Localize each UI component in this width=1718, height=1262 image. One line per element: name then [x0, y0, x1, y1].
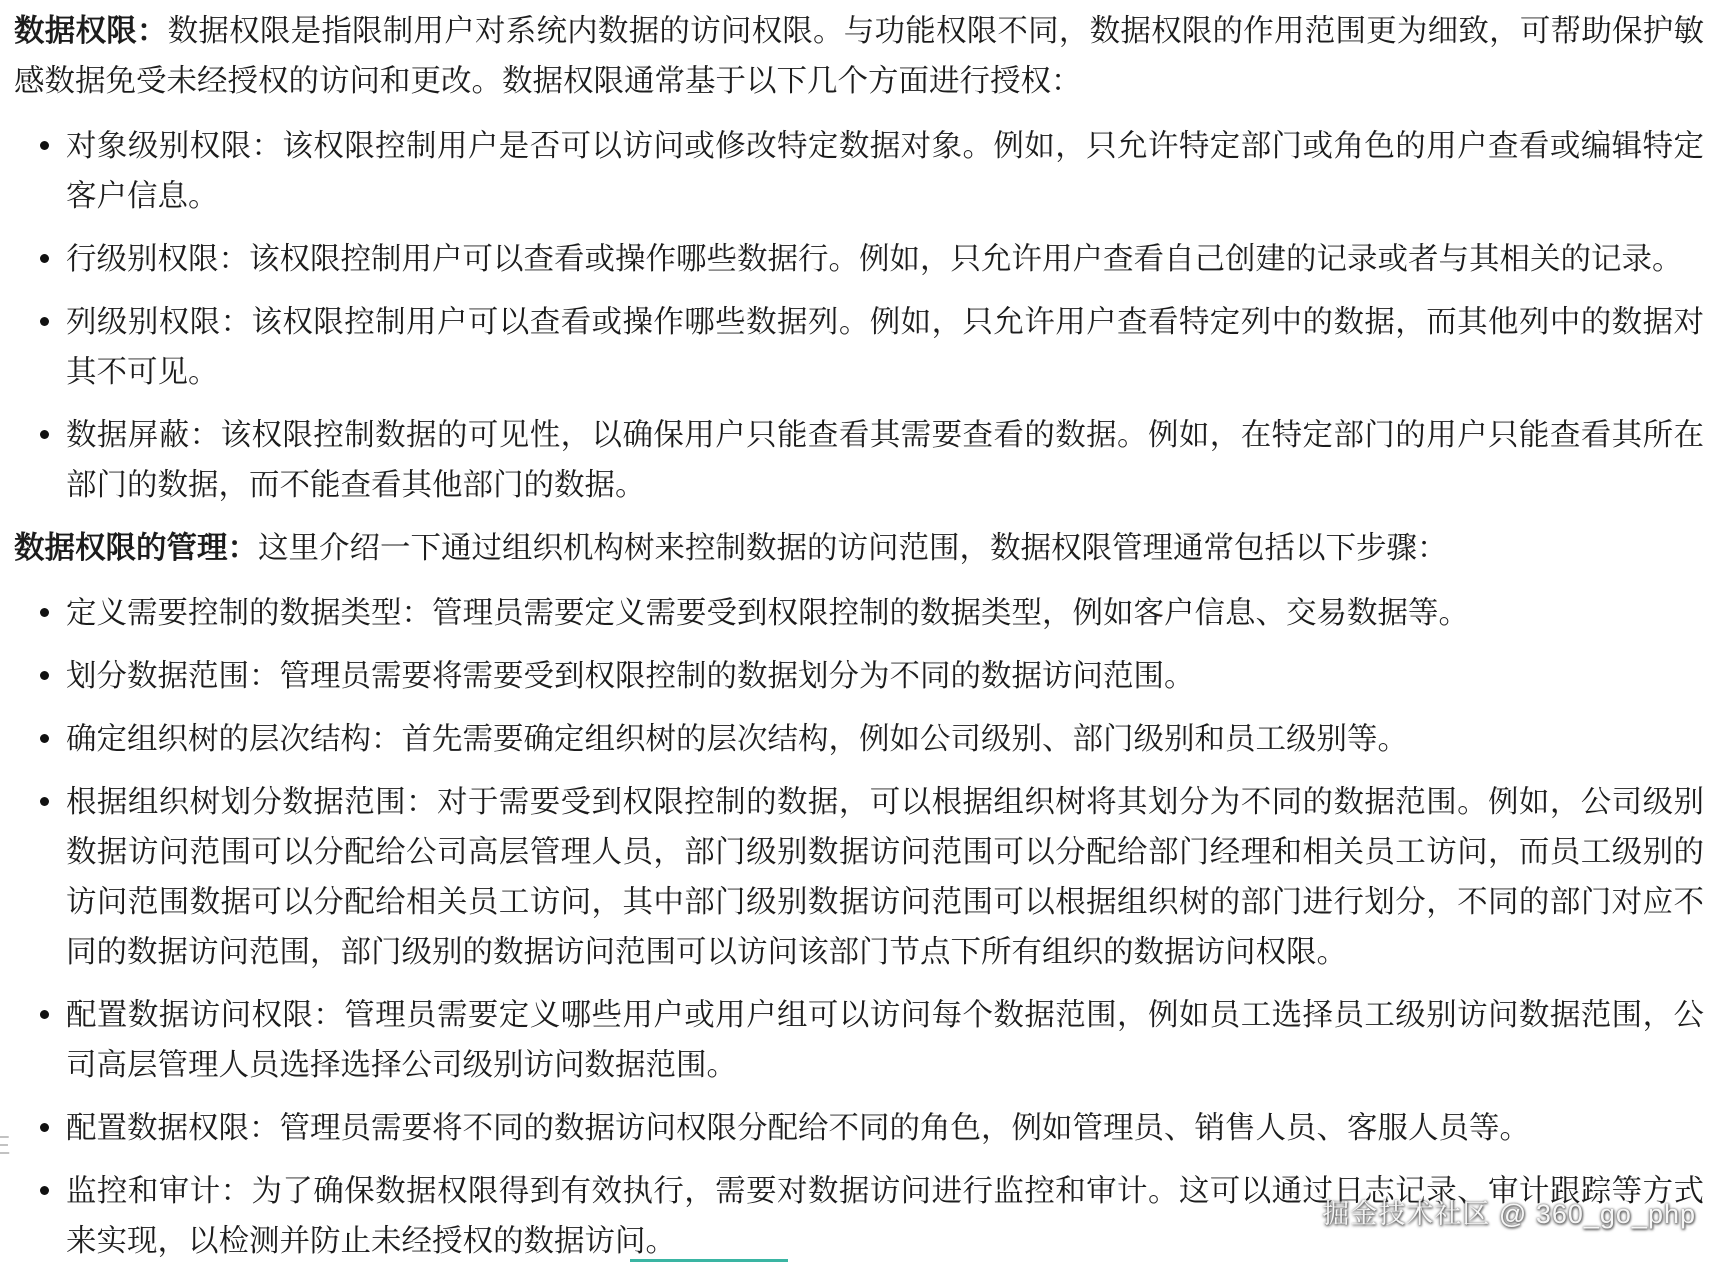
document-page: { "page": { "background": "#ffffff", "te…	[0, 0, 1718, 1262]
edge-artifact-icon: E	[0, 1131, 11, 1159]
section-data-permission-management: 数据权限的管理：这里介绍一下通过组织机构树来控制数据的访问范围，数据权限管理通常…	[14, 523, 1704, 1262]
list-item-define-data-types: 定义需要控制的数据类型：管理员需要定义需要受到权限控制的数据类型，例如客户信息、…	[66, 588, 1704, 638]
paragraph-data-permission: 数据权限：数据权限是指限制用户对系统内数据的访问权限。与功能权限不同，数据权限的…	[14, 6, 1704, 106]
list-item-configure-access: 配置数据访问权限：管理员需要定义哪些用户或用户组可以访问每个数据范围，例如员工选…	[66, 990, 1704, 1090]
section-intro-management: 这里介绍一下通过组织机构树来控制数据的访问范围，数据权限管理通常包括以下步骤：	[258, 531, 1448, 565]
section-data-permission: 数据权限：数据权限是指限制用户对系统内数据的访问权限。与功能权限不同，数据权限的…	[14, 6, 1704, 510]
section-intro-data-permission: 数据权限是指限制用户对系统内数据的访问权限。与功能权限不同，数据权限的作用范围更…	[14, 14, 1704, 98]
list-item-object-level: 对象级别权限：该权限控制用户是否可以访问或修改特定数据对象。例如，只允许特定部门…	[66, 121, 1704, 221]
list-item-column-level: 列级别权限：该权限控制用户可以查看或操作哪些数据列。例如，只允许用户查看特定列中…	[66, 297, 1704, 397]
list-item-configure-permission: 配置数据权限：管理员需要将不同的数据访问权限分配给不同的角色，例如管理员、销售人…	[66, 1103, 1704, 1153]
article: 数据权限：数据权限是指限制用户对系统内数据的访问权限。与功能权限不同，数据权限的…	[0, 0, 1718, 1262]
list-item-org-tree-structure: 确定组织树的层次结构：首先需要确定组织树的层次结构，例如公司级别、部门级别和员工…	[66, 714, 1704, 764]
section-heading-management: 数据权限的管理：	[14, 531, 258, 565]
list-item-scope-by-org-tree: 根据组织树划分数据范围：对于需要受到权限控制的数据，可以根据组织树将其划分为不同…	[66, 777, 1704, 977]
section-heading-data-permission: 数据权限：	[14, 14, 168, 48]
list-item-divide-data-scope: 划分数据范围：管理员需要将需要受到权限控制的数据划分为不同的数据访问范围。	[66, 651, 1704, 701]
watermark: 掘金技术社区 @ 360_go_php	[1322, 1198, 1696, 1230]
list-item-row-level: 行级别权限：该权限控制用户可以查看或操作哪些数据行。例如，只允许用户查看自己创建…	[66, 234, 1704, 284]
list-item-data-masking: 数据屏蔽：该权限控制数据的可见性，以确保用户只能查看其需要查看的数据。例如，在特…	[66, 410, 1704, 510]
paragraph-management: 数据权限的管理：这里介绍一下通过组织机构树来控制数据的访问范围，数据权限管理通常…	[14, 523, 1704, 573]
bullet-list-permission-types: 对象级别权限：该权限控制用户是否可以访问或修改特定数据对象。例如，只允许特定部门…	[14, 121, 1704, 510]
bullet-list-management-steps: 定义需要控制的数据类型：管理员需要定义需要受到权限控制的数据类型，例如客户信息、…	[14, 588, 1704, 1262]
